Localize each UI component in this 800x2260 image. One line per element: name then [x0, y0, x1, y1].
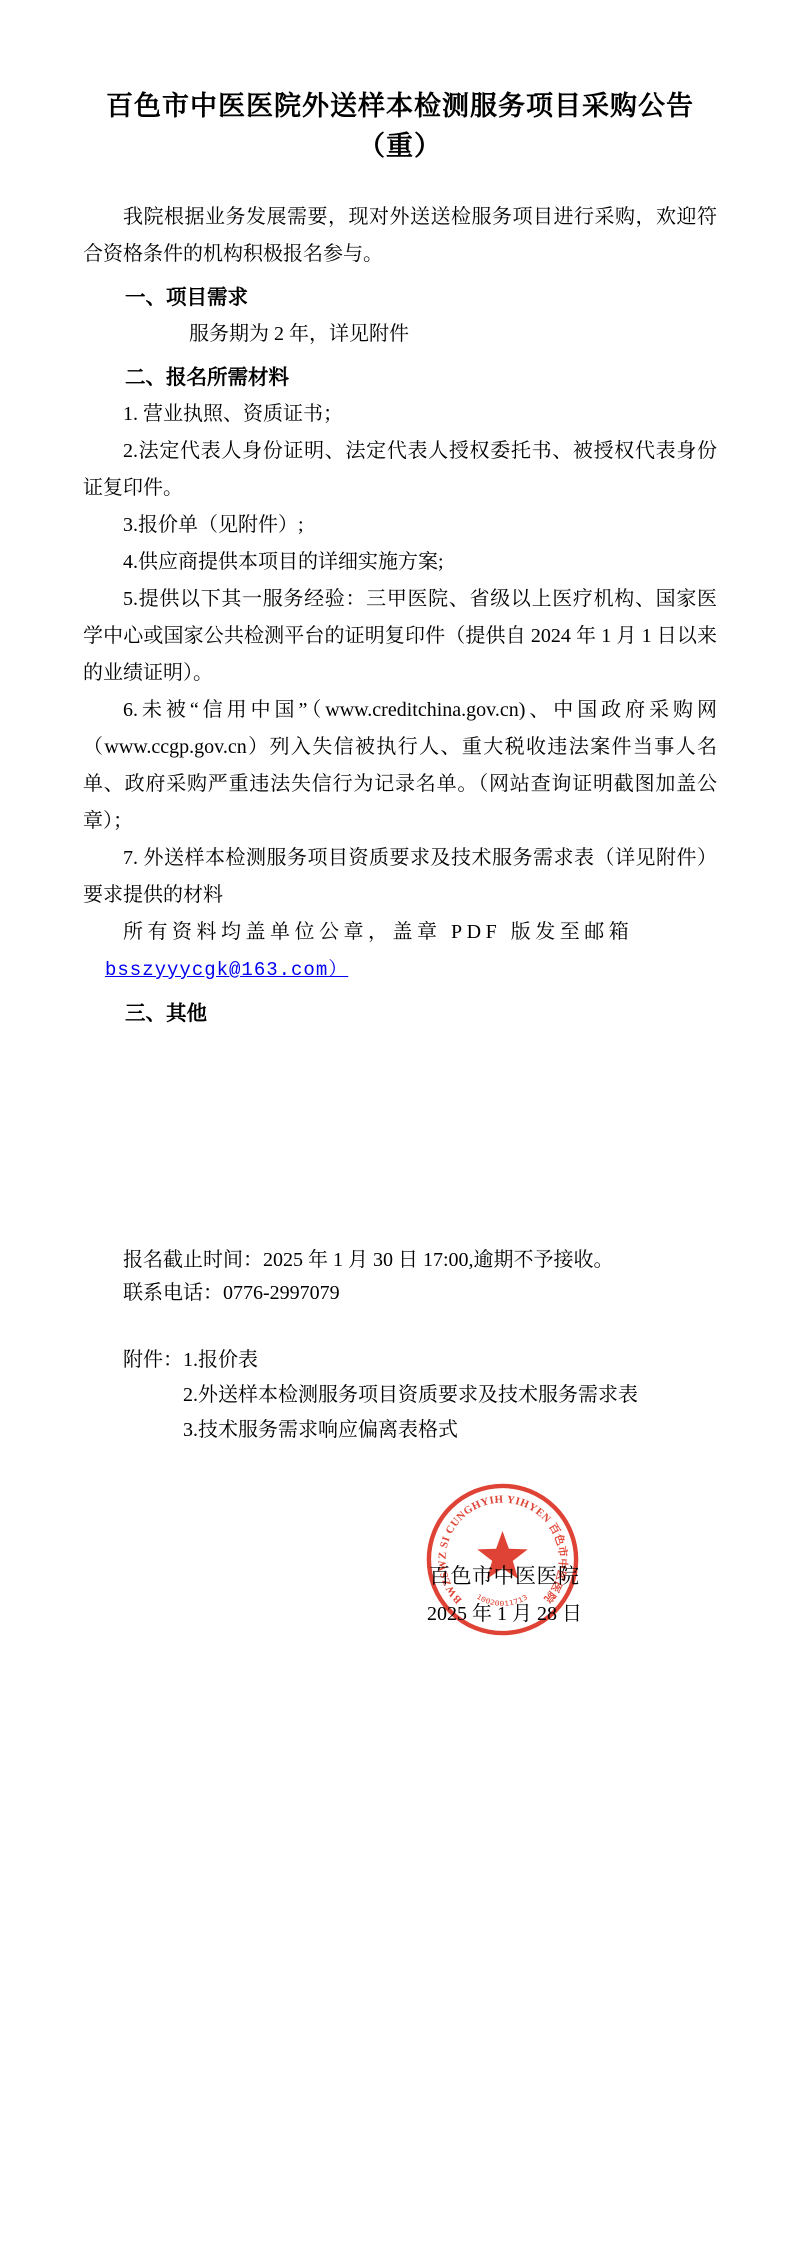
page-title: 百色市中医医院外送样本检测服务项目采购公告 （重）	[83, 86, 717, 166]
signature-date: 2025 年 1 月 28 日	[427, 1597, 582, 1626]
material-item-5: 5.提供以下其一服务经验：三甲医院、省级以上医疗机构、国家医学中心或国家公共检测…	[83, 581, 717, 692]
material-item-7: 7. 外送样本检测服务项目资质要求及技术服务需求表（详见附件）要求提供的材料	[83, 840, 717, 914]
attachment-item-2: 2.外送样本检测服务项目资质要求及技术服务需求表	[183, 1378, 717, 1413]
deadline-text: 报名截止时间：2025 年 1 月 30 日 17:00,逾期不予接收。	[83, 1244, 717, 1277]
phone-text: 联系电话：0776-2997079	[83, 1277, 717, 1310]
blank-gap-small	[83, 1310, 717, 1343]
blank-gap	[83, 1032, 717, 1244]
material-item-3: 3.报价单（见附件）;	[83, 507, 717, 544]
attachments-items: 1.报价表 2.外送样本检测服务项目资质要求及技术服务需求表 3.技术服务需求响…	[183, 1343, 717, 1448]
section-2-heading: 二、报名所需材料	[83, 359, 717, 396]
title-line-1: 百色市中医医院外送样本检测服务项目采购公告	[83, 86, 717, 126]
email-line: bsszyyycgk@163.com）	[83, 951, 717, 989]
material-item-1: 1. 营业执照、资质证书；	[83, 396, 717, 433]
email-link[interactable]: bsszyyycgk@163.com）	[105, 959, 348, 981]
material-item-2: 2.法定代表人身份证明、法定代表人授权委托书、被授权代表身份证复印件。	[83, 433, 717, 507]
signature-org: 百色市中医医院	[429, 1560, 580, 1590]
section-1-heading: 一、项目需求	[83, 279, 717, 316]
title-line-2: （重）	[83, 126, 717, 166]
material-item-6: 6.未被“信用中国”（www.creditchina.gov.cn)、中国政府采…	[83, 692, 717, 840]
announcement-content: 百色市中医医院外送样本检测服务项目采购公告 （重） 我院根据业务发展需要，现对外…	[83, 86, 717, 1448]
material-item-4: 4.供应商提供本项目的详细实施方案;	[83, 544, 717, 581]
section-3-heading: 三、其他	[83, 995, 717, 1032]
seal-note: 所有资料均盖单位公章，盖章 PDF 版发至邮箱	[83, 914, 717, 951]
attachments-list: 附件： 1.报价表 2.外送样本检测服务项目资质要求及技术服务需求表 3.技术服…	[83, 1343, 717, 1448]
attachments-label: 附件：	[123, 1343, 183, 1448]
attachment-item-3: 3.技术服务需求响应偏离表格式	[183, 1413, 717, 1448]
attachment-item-1: 1.报价表	[183, 1343, 717, 1378]
announcement-page: 百色市中医医院外送样本检测服务项目采购公告 （重） 我院根据业务发展需要，现对外…	[0, 0, 800, 2260]
section-1-body: 服务期为 2 年，详见附件	[83, 316, 717, 353]
intro-paragraph: 我院根据业务发展需要，现对外送送检服务项目进行采购，欢迎符合资格条件的机构积极报…	[83, 199, 717, 273]
